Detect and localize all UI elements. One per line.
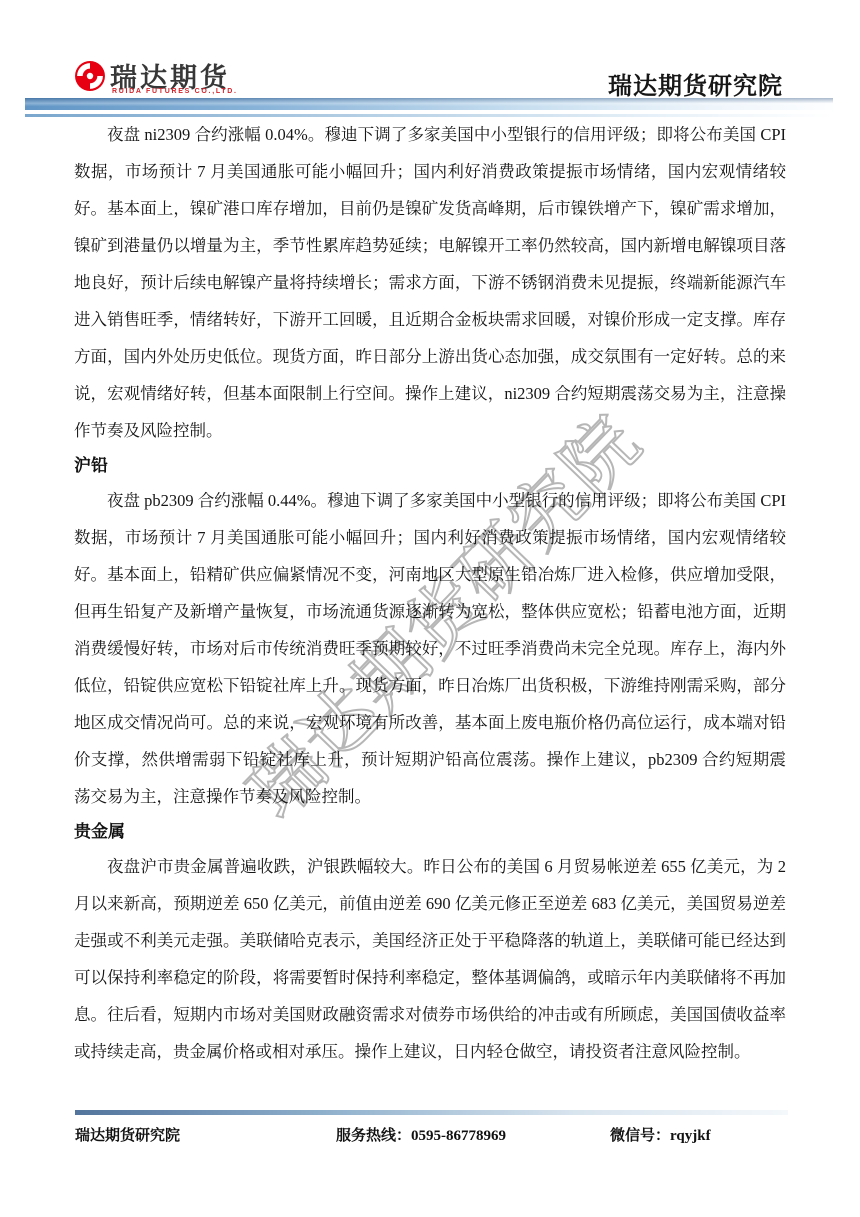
footer-hotline-number: 0595-86778969 xyxy=(411,1128,506,1144)
brand-name-en: RUIDA FUTURES CO.,LTD. xyxy=(112,88,238,95)
paragraph-lead: 夜盘 pb2309 合约涨幅 0.44%。穆迪下调了多家美国中小型银行的信用评级… xyxy=(74,482,786,815)
footer-rule xyxy=(75,1110,788,1115)
paragraph-precious-metals: 夜盘沪市贵金属普遍收跌，沪银跌幅较大。昨日公布的美国 6 月贸易帐逆差 655 … xyxy=(74,848,786,1070)
footer-wechat: 微信号：rqyjkf xyxy=(610,1124,711,1145)
section-heading-lead: 沪铅 xyxy=(74,452,786,479)
header-rule-main xyxy=(25,98,833,110)
section-heading-precious-metals: 贵金属 xyxy=(74,818,786,845)
paragraph-nickel: 夜盘 ni2309 合约涨幅 0.04%。穆迪下调了多家美国中小型银行的信用评级… xyxy=(74,116,786,449)
ruida-logo-icon xyxy=(74,60,106,92)
footer-hotline: 服务热线：0595-86778969 xyxy=(336,1124,506,1145)
footer-org: 瑞达期货研究院 xyxy=(75,1124,180,1145)
footer-wechat-id: rqyjkf xyxy=(670,1128,711,1144)
report-page: 瑞达期货 RUIDA FUTURES CO.,LTD. 瑞达期货研究院 瑞达期货… xyxy=(0,0,860,1217)
report-body: 夜盘 ni2309 合约涨幅 0.04%。穆迪下调了多家美国中小型银行的信用评级… xyxy=(74,116,786,1070)
footer-wechat-label: 微信号： xyxy=(610,1128,670,1144)
footer-hotline-label: 服务热线： xyxy=(336,1128,411,1144)
page-title: 瑞达期货研究院 xyxy=(608,66,783,101)
